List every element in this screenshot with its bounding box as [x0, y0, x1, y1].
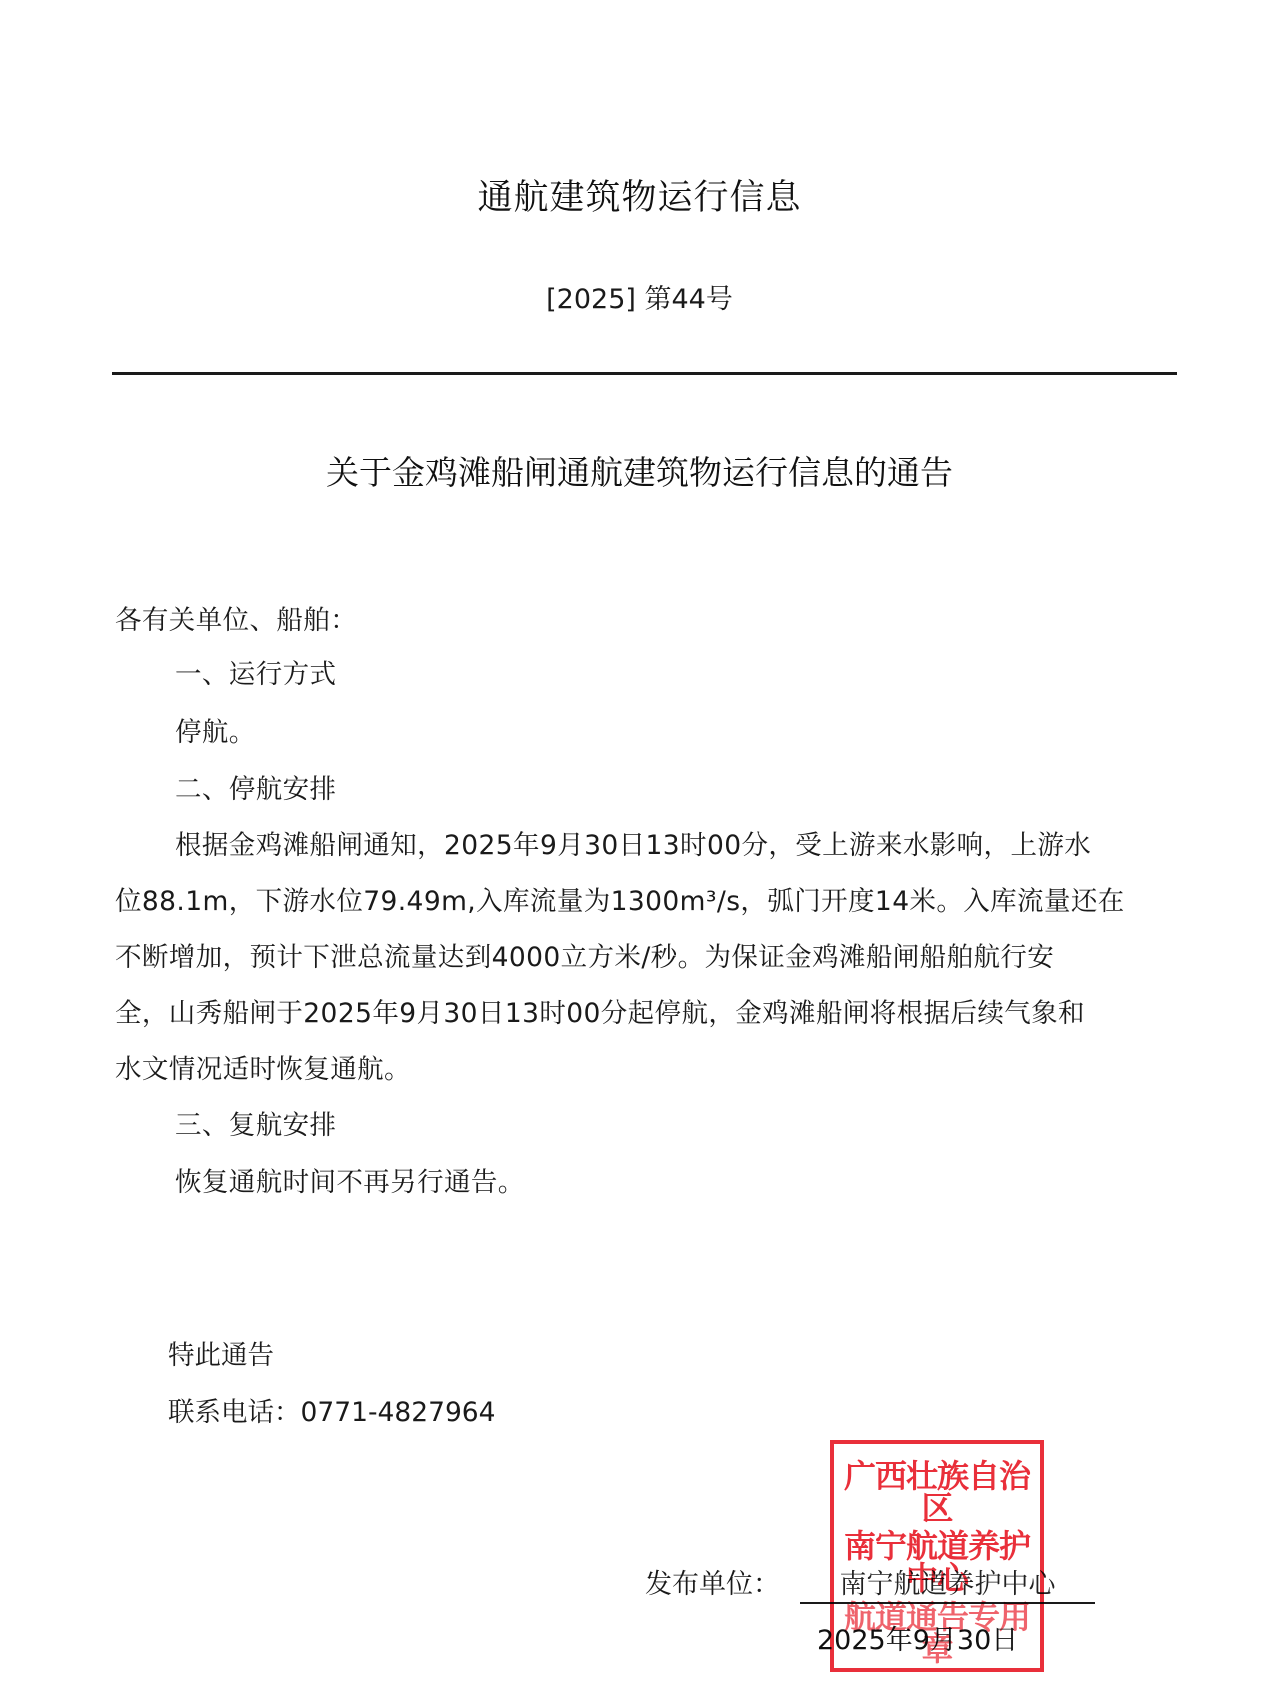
header-title: 通航建筑物运行信息	[0, 170, 1279, 220]
section-2-line: 根据金鸡滩船闸通知，2025年9月30日13时00分，受上游来水影响，上游水	[175, 823, 1091, 862]
contact-line: 联系电话：0771-4827964	[168, 1390, 496, 1429]
section-3-content: 恢复通航时间不再另行通告。	[175, 1160, 525, 1199]
official-seal-stamp: 广西壮族自治区 南宁航道养护中心 航道通告专用章	[830, 1440, 1044, 1672]
section-2-line: 位88.1m，下游水位79.49m,入库流量为1300m³/s，弧门开度14米。…	[115, 879, 1125, 918]
contact-phone: 0771-4827964	[301, 1397, 496, 1428]
stamp-line: 广西壮族自治区	[834, 1460, 1040, 1524]
salutation: 各有关单位、船舶：	[115, 598, 357, 637]
document-number: [2025] 第44号	[0, 277, 1279, 316]
contact-label: 联系电话：	[168, 1397, 301, 1428]
stamp-line: 南宁航道养护中心	[834, 1530, 1040, 1594]
notice-title: 关于金鸡滩船闸通航建筑物运行信息的通告	[0, 447, 1279, 494]
section-1-heading: 一、运行方式	[175, 652, 336, 691]
section-2-line: 不断增加，预计下泄总流量达到4000立方米/秒。为保证金鸡滩船闸船舶航行安	[115, 935, 1054, 974]
section-2-line: 水文情况适时恢复通航。	[115, 1047, 411, 1086]
section-3-heading: 三、复航安排	[175, 1103, 336, 1142]
section-2-heading: 二、停航安排	[175, 767, 336, 806]
section-1-content: 停航。	[175, 710, 256, 749]
closing-text: 特此通告	[168, 1333, 274, 1372]
issuer-label: 发布单位：	[645, 1562, 780, 1601]
stamp-line: 航道通告专用章	[834, 1601, 1040, 1665]
section-2-line: 全，山秀船闸于2025年9月30日13时00分起停航，金鸡滩船闸将根据后续气象和	[115, 991, 1085, 1030]
header-divider	[112, 372, 1177, 375]
